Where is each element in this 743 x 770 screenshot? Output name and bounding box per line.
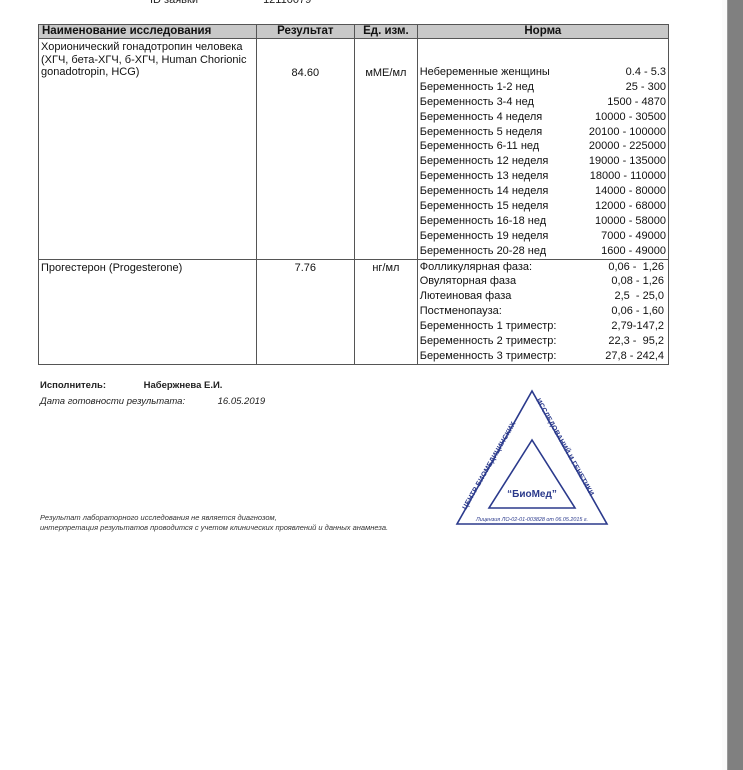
norm-list-hcg: Небеременные женщины0.4 - 5.3Беременност… <box>420 39 666 259</box>
request-id-label: ID заявки <box>150 0 260 6</box>
norm-item: Беременность 4 неделя10000 - 30500 <box>420 110 666 125</box>
norm-value: 14000 - 80000 <box>595 184 666 199</box>
norm-item: Лютеиновая фаза2,5 - 25,0 <box>420 289 666 304</box>
stamp-triangle-icon: ЦЕНТР БИОМЕДИЦИНСКИХ ИССЛЕДОВАНИЙ И ГЕНЕ… <box>452 388 612 528</box>
disclaimer: Результат лабораторного исследования не … <box>40 513 388 533</box>
norm-value: 2,79-147,2 <box>611 319 666 334</box>
test-norm: Небеременные женщины0.4 - 5.3Беременност… <box>417 39 668 260</box>
norm-item: Беременность 19 неделя7000 - 49000 <box>420 229 666 244</box>
column-header-result: Результат <box>256 25 354 39</box>
norm-item: Беременность 16-18 нед10000 - 58000 <box>420 214 666 229</box>
norm-item: Фолликулярная фаза:0,06 - 1,26 <box>420 260 666 275</box>
column-header-unit: Ед. изм. <box>355 25 418 39</box>
table-row: Хорионический гонадотропин человека (ХГЧ… <box>39 39 669 260</box>
norm-label: Беременность 2 триместр: <box>420 334 557 349</box>
norm-item: Беременность 3-4 нед1500 - 4870 <box>420 95 666 110</box>
disclaimer-line-1: Результат лабораторного исследования не … <box>40 513 388 523</box>
norm-label: Беременность 12 неделя <box>420 154 549 169</box>
norm-value: 1500 - 4870 <box>607 95 666 110</box>
test-unit: мМЕ/мл <box>355 39 418 260</box>
norm-value: 1600 - 49000 <box>601 244 666 259</box>
norm-label: Небеременные женщины <box>420 65 550 80</box>
stamp-brand: “БиоМед” <box>507 489 557 500</box>
norm-label: Беременность 4 неделя <box>420 110 543 125</box>
norm-label: Постменопауза: <box>420 304 502 319</box>
table-row: Прогестерон (Progesterone) 7.76 нг/мл Фо… <box>39 259 669 364</box>
norm-value: 7000 - 49000 <box>601 229 666 244</box>
svg-text:ИССЛЕДОВАНИЙ И ГЕНЕТИКИ: ИССЛЕДОВАНИЙ И ГЕНЕТИКИ <box>534 398 594 498</box>
norm-value: 20100 - 100000 <box>589 125 666 140</box>
results-table: Наименование исследования Результат Ед. … <box>38 24 669 365</box>
norm-label: Беременность 14 неделя <box>420 184 549 199</box>
norm-value: 22,3 - 95,2 <box>608 334 666 349</box>
norm-value: 0.4 - 5.3 <box>626 65 666 80</box>
executor-label: Исполнитель: <box>40 380 141 391</box>
norm-label: Беременность 15 неделя <box>420 199 549 214</box>
scrollbar[interactable] <box>727 0 743 770</box>
norm-value: 18000 - 110000 <box>590 169 666 184</box>
norm-item: Беременность 12 неделя19000 - 135000 <box>420 154 666 169</box>
norm-value: 0,06 - 1,26 <box>608 260 666 275</box>
norm-value: 27,8 - 242,4 <box>605 349 666 364</box>
norm-item: Беременность 5 неделя20100 - 100000 <box>420 125 666 140</box>
test-unit: нг/мл <box>355 259 418 364</box>
norm-value: 2,5 - 25,0 <box>614 289 666 304</box>
ready-date-line: Дата готовности результата: 16.05.2019 <box>40 396 265 407</box>
norm-value: 0,08 - 1,26 <box>611 274 666 289</box>
norm-item: Беременность 6-11 нед20000 - 225000 <box>420 139 666 154</box>
norm-label: Овуляторная фаза <box>420 274 516 289</box>
table-header-row: Наименование исследования Результат Ед. … <box>39 25 669 39</box>
norm-label: Беременность 16-18 нед <box>420 214 546 229</box>
test-result: 84.60 <box>256 39 354 260</box>
norm-value: 0,06 - 1,60 <box>611 304 666 319</box>
norm-item: Беременность 1 триместр:2,79-147,2 <box>420 319 666 334</box>
norm-label: Беременность 19 неделя <box>420 229 549 244</box>
test-result: 7.76 <box>256 259 354 364</box>
column-header-norm: Норма <box>417 25 668 39</box>
norm-label: Беременность 5 неделя <box>420 125 543 140</box>
norm-item: Беременность 14 неделя14000 - 80000 <box>420 184 666 199</box>
norm-label: Беременность 20-28 нед <box>420 244 546 259</box>
norm-list-progesterone: Фолликулярная фаза:0,06 - 1,26Овуляторна… <box>420 260 666 364</box>
norm-item: Овуляторная фаза0,08 - 1,26 <box>420 274 666 289</box>
norm-item: Беременность 3 триместр:27,8 - 242,4 <box>420 349 666 364</box>
request-id-value: 12110079 <box>263 0 311 6</box>
norm-item: Постменопауза:0,06 - 1,60 <box>420 304 666 319</box>
norm-item: Беременность 2 триместр:22,3 - 95,2 <box>420 334 666 349</box>
norm-value: 19000 - 135000 <box>589 154 666 169</box>
request-id-row: ID заявки 12110079 <box>150 0 311 6</box>
norm-label: Беременность 13 неделя <box>420 169 549 184</box>
norm-item: Беременность 20-28 нед1600 - 49000 <box>420 244 666 259</box>
executor-name: Набержнева Е.И. <box>144 380 223 391</box>
norm-value: 10000 - 58000 <box>595 214 666 229</box>
norm-label: Беременность 6-11 нед <box>420 139 539 154</box>
norm-label: Беременность 3 триместр: <box>420 349 557 364</box>
norm-item: Беременность 1-2 нед25 - 300 <box>420 80 666 95</box>
norm-label: Беременность 3-4 нед <box>420 95 534 110</box>
ready-date-label: Дата готовности результата: <box>40 396 215 407</box>
norm-item: Беременность 13 неделя18000 - 110000 <box>420 169 666 184</box>
norm-item: Небеременные женщины0.4 - 5.3 <box>420 65 666 80</box>
norm-label: Фолликулярная фаза: <box>420 260 532 275</box>
disclaimer-line-2: интерпретация результатов проводится с у… <box>40 523 388 533</box>
norm-item: Беременность 15 неделя12000 - 68000 <box>420 199 666 214</box>
executor-line: Исполнитель: Набержнева Е.И. <box>40 380 222 391</box>
test-name: Хорионический гонадотропин человека (ХГЧ… <box>39 39 257 260</box>
ready-date-value: 16.05.2019 <box>218 396 266 407</box>
norm-label: Лютеиновая фаза <box>420 289 512 304</box>
stamp-license: Лицензия ЛО-02-01-003828 от 06.05.2015 г… <box>475 517 588 523</box>
norm-value: 10000 - 30500 <box>595 110 666 125</box>
norm-value: 20000 - 225000 <box>589 139 666 154</box>
norm-value: 12000 - 68000 <box>595 199 666 214</box>
test-norm: Фолликулярная фаза:0,06 - 1,26Овуляторна… <box>417 259 668 364</box>
norm-label: Беременность 1-2 нед <box>420 80 534 95</box>
column-header-name: Наименование исследования <box>39 25 257 39</box>
norm-value: 25 - 300 <box>626 80 666 95</box>
stamp-org-text-right: ИССЛЕДОВАНИЙ И ГЕНЕТИКИ <box>534 398 594 498</box>
lab-stamp: ЦЕНТР БИОМЕДИЦИНСКИХ ИССЛЕДОВАНИЙ И ГЕНЕ… <box>452 388 612 528</box>
test-name: Прогестерон (Progesterone) <box>39 259 257 364</box>
norm-label: Беременность 1 триместр: <box>420 319 557 334</box>
